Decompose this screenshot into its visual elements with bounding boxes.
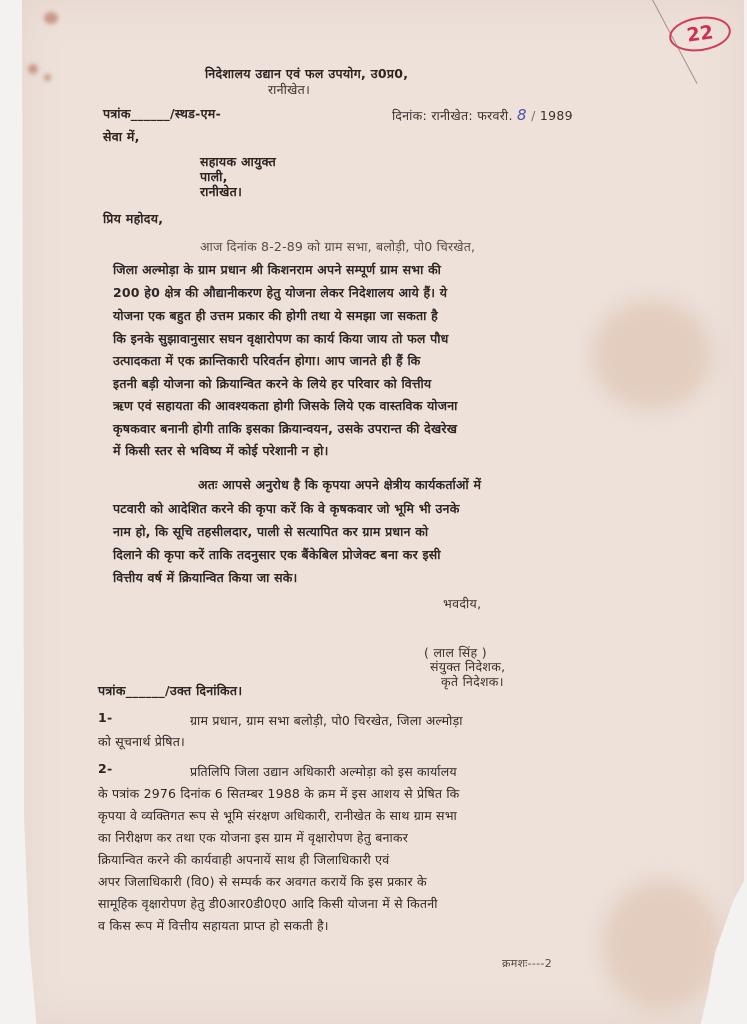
letterhead-line-2: रानीखेत।: [268, 84, 310, 97]
copy-item-line: अपर जिलाधिकारी (वि0) से सम्पर्क कर अवगत …: [98, 873, 427, 890]
rust-stain: [44, 12, 58, 24]
rust-stain: [44, 74, 51, 81]
paragraph-line: योजना एक बहुत ही उत्तम प्रकार की होगी तथ…: [113, 307, 438, 324]
paragraph-line: वित्तीय वर्ष में क्रियान्वित किया जा सके…: [113, 569, 297, 586]
recipient-line-3: रानीखेत।: [200, 186, 242, 199]
copy-item-number: 2-: [98, 763, 113, 776]
copy-item-line: कृपया वे व्यक्तिगत रूप से भूमि संरक्षण अ…: [98, 807, 457, 824]
recipient-line-1: सहायक आयुक्त: [200, 156, 276, 169]
paragraph-line: ऋण एवं सहायता की आवश्यकता होगी जिसके लिय…: [113, 397, 458, 414]
letterhead-line-1: निदेशालय उद्यान एवं फल उपयोग, उ0प्र0,: [205, 68, 408, 81]
paragraph-line: अतः आपसे अनुरोध है कि कृपया अपने क्षेत्र…: [198, 476, 481, 493]
signature-line-3: कृते निदेशक।: [441, 676, 504, 689]
copy-item-line: ग्राम प्रधान, ग्राम सभा बलोड़ी, पो0 चिरख…: [190, 712, 463, 729]
patrank-reference: पत्रांक______/स्थड-एम-: [103, 108, 221, 121]
paragraph-line: इतनी बड़ी योजना को क्रियान्वित करने के ल…: [113, 375, 431, 392]
paragraph-line: में किसी स्तर से भविष्य में कोई परेशानी …: [113, 442, 329, 459]
signature-line-1: ( लाल सिंह ): [424, 647, 487, 660]
date-year: 1989: [540, 108, 573, 123]
date-line: दिनांक: रानीखेत: फरवरी. 8 / 1989: [392, 108, 573, 123]
copy-item-line: व किस रूप में वित्तीय सहायता प्राप्त हो …: [98, 917, 329, 934]
paragraph-line: उत्पादकता में एक क्रान्तिकारी परिवर्तन ह…: [113, 352, 420, 369]
date-prefix: दिनांक: रानीखेत: फरवरी: [392, 108, 508, 123]
copy-item-number: 1-: [98, 712, 113, 725]
paragraph-line: कृषकवार बनानी होगी ताकि इसका क्रियान्वयन…: [113, 420, 457, 437]
paragraph-line: आज दिनांक 8-2-89 को ग्राम सभा, बलोड़ी, प…: [200, 238, 475, 255]
sewa-mein: सेवा में,: [103, 131, 140, 144]
handwritten-day: 8: [517, 106, 527, 124]
copy-item-line: के पत्रांक 2976 दिनांक 6 सितम्बर 1988 के…: [98, 785, 459, 802]
paragraph-line: कि इनके सुझावानुसार सघन वृक्षारोपण का का…: [113, 330, 449, 347]
copy-item-line: को सूचनार्थ प्रेषित।: [98, 733, 185, 750]
greeting: प्रिय महोदय,: [103, 213, 163, 226]
rust-stain: [28, 64, 38, 74]
signature-line-2: संयुक्त निदेशक,: [430, 661, 505, 674]
copy-item-line: सामूहिक वृक्षारोपण हेतु डी0आर0डी0ए0 आदि …: [98, 895, 438, 912]
closing: भवदीय,: [443, 598, 481, 611]
copy-item-line: प्रतिलिपि जिला उद्यान अधिकारी अल्मोड़ा क…: [190, 763, 457, 780]
recipient-line-2: पाली,: [200, 171, 228, 184]
copy-item-line: क्रियान्वित करने की कार्यवाही अपनायें सा…: [98, 851, 389, 868]
paragraph-line: 200 हे0 क्षेत्र की औद्यानीकरण हेतु योजना…: [113, 284, 447, 301]
continuation-marker: क्रमशः----2: [502, 958, 552, 969]
paragraph-line: नाम हो, कि सूचि तहसीलदार, पाली से सत्याप…: [113, 523, 428, 540]
paragraph-line: जिला अल्मोड़ा के ग्राम प्रधान श्री किशनर…: [113, 261, 441, 278]
paragraph-line: दिलाने की कृपा करें ताकि तदनुसार एक बैंक…: [113, 546, 441, 563]
water-stain: [602, 880, 722, 1010]
paragraph-line: पटवारी को आदेशित करने की कृपा करें कि वे…: [113, 500, 460, 517]
copy-reference: पत्रांक______/उक्त दिनांकित।: [98, 685, 242, 698]
copy-item-line: का निरीक्षण कर तथा एक योजना इस ग्राम में…: [98, 829, 408, 846]
water-stain: [592, 300, 712, 410]
